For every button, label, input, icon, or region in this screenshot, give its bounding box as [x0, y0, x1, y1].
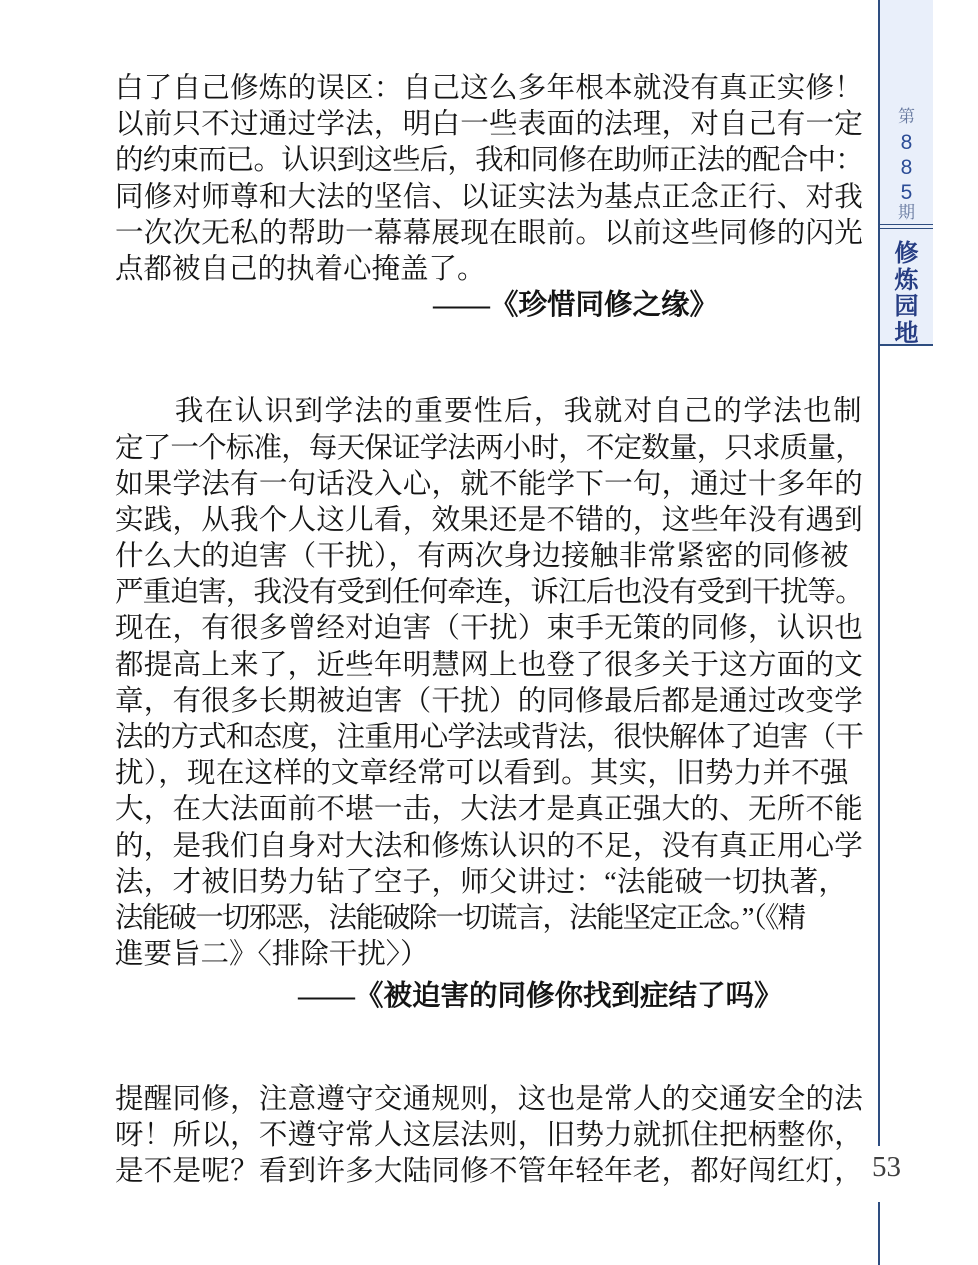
issue-prefix-label: 第	[880, 106, 933, 128]
text-line: 的，是我们自身对大法和修炼认识的不足，没有真正用心学	[115, 829, 863, 865]
text-line: 现在，有很多曾经对迫害（干扰）束手无策的同修，认识也	[115, 611, 863, 647]
sidebar-issue-panel: 第 885 期 修炼园地	[880, 0, 933, 346]
main-text-column: 白了自己修炼的误区：自己这么多年根本就没有真正实修！以前只不过通过学法，明白一些…	[115, 71, 863, 1190]
paragraph-continuation: 白了自己修炼的误区：自己这么多年根本就没有真正实修！以前只不过通过学法，明白一些…	[115, 71, 863, 288]
text-line: 定了一个标准，每天保证学法两小时，不定数量，只求质量，	[115, 431, 863, 467]
text-line: 什么大的迫害（干扰），有两次身边接触非常紧密的同修被	[115, 539, 863, 575]
text-line: 是不是呢？看到许多大陆同修不管年轻年老，都好闯红灯，	[115, 1154, 863, 1190]
text-line: 实践，从我个人这儿看，效果还是不错的，这些年没有遇到	[115, 503, 863, 539]
text-line: 提醒同修，注意遵守交通规则，这也是常人的交通安全的法	[115, 1082, 863, 1118]
text-line: 法，才被旧势力钻了空子，师父讲过：“法能破一切执著，	[115, 865, 863, 901]
text-line: 大，在大法面前不堪一击，大法才是真正强大的、无所不能	[115, 792, 863, 828]
vertical-char: 修	[880, 241, 933, 268]
page-number: 53	[872, 1150, 901, 1184]
text-line: 都提高上来了，近些年明慧网上也登了很多关于这方面的文	[115, 648, 863, 684]
text-line: 同修对师尊和大法的坚信、以证实法为基点正念正行、对我	[115, 180, 863, 216]
issue-section-divider	[878, 224, 933, 229]
text-line: 点都被自己的执着心掩盖了。	[115, 252, 863, 288]
citation-heading-1: ——《珍惜同修之缘》	[433, 288, 863, 324]
vertical-char: 8	[880, 155, 933, 180]
text-line: 呀！所以，不遵守常人这层法则，旧势力就抓住把柄整你，	[115, 1118, 863, 1154]
text-line: 一次次无私的帮助一幕幕展现在眼前。以前这些同修的闪光	[115, 216, 863, 252]
right-rule-lower	[878, 1202, 880, 1265]
issue-suffix-label: 期	[880, 202, 933, 224]
citation-heading-2: ——《被迫害的同修你找到症结了吗》	[298, 979, 863, 1015]
vertical-char: 8	[880, 130, 933, 155]
text-line: 如果学法有一句话没入心，就不能学下一句，通过十多年的	[115, 467, 863, 503]
text-line: 扰），现在这样的文章经常可以看到。其实，旧势力并不强	[115, 756, 863, 792]
section-title-vertical: 修炼园地	[880, 241, 933, 347]
text-line: 進要旨二》〈排除干扰〉）	[115, 937, 863, 973]
text-line: 严重迫害，我没有受到任何牵连，诉江后也没有受到干扰等。	[115, 575, 863, 611]
text-line: 法的方式和态度，注重用心学法或背法，很快解体了迫害（干	[115, 720, 863, 756]
text-line: 章，有很多长期被迫害（干扰）的同修最后都是通过改变学	[115, 684, 863, 720]
text-line: 白了自己修炼的误区：自己这么多年根本就没有真正实修！	[115, 71, 863, 107]
text-line: 的约束而已。认识到这些后，我和同修在助师正法的配合中：	[115, 143, 863, 179]
paragraph-study: 我在认识到学法的重要性后，我就对自己的学法也制定了一个标准，每天保证学法两小时，…	[115, 394, 863, 973]
issue-number: 885	[880, 130, 933, 205]
document-page: { "document": { "para_continuation": { "…	[0, 0, 978, 1265]
text-line: 我在认识到学法的重要性后，我就对自己的学法也制	[115, 394, 863, 430]
text-line: 法能破一切邪恶，法能破除一切谎言，法能坚定正念。”（《精	[115, 901, 863, 937]
paragraph-traffic: 提醒同修，注意遵守交通规则，这也是常人的交通安全的法呀！所以，不遵守常人这层法则…	[115, 1082, 863, 1191]
text-line: 以前只不过通过学法，明白一些表面的法理，对自己有一定	[115, 107, 863, 143]
vertical-char: 园	[880, 294, 933, 321]
vertical-char: 炼	[880, 268, 933, 295]
vertical-char: 地	[880, 321, 933, 348]
